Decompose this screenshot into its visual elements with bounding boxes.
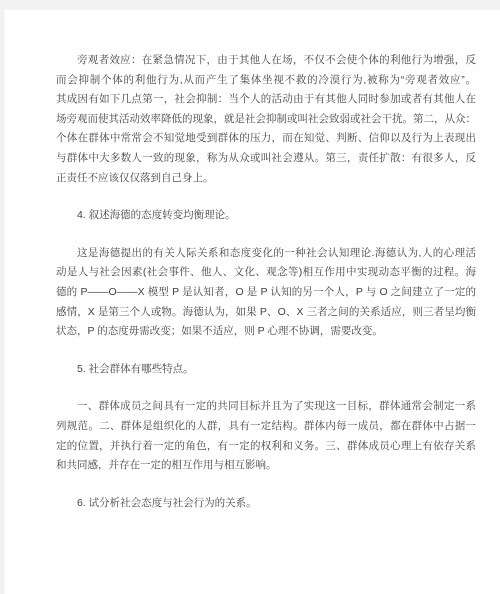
paragraph-bystander-effect: 旁观者效应：在紧急情况下，由于其他人在场，不仅不会使个体的利他行为增强，反 而会… [56,51,476,188]
question-heading-6: 6. 试分析社会态度与社会行为的关系。 [56,494,476,514]
text-line: 旁观者效应：在紧急情况下，由于其他人在场，不仅不会使个体的利他行为增强，反 [56,51,476,71]
text-line: 动是人与社会因素(社会事件、他人、文化、观念等)相互作用中实现动态平衡的过程。海 [56,263,476,283]
background-strip-top [0,0,500,9]
text-line: 场旁观而使其活动效率降低的现象，就是社会抑制或叫社会致弱或社会干扰。第二，从众： [56,110,476,130]
paragraph-heider-balance-theory: 这是海德提出的有关人际关系和态度变化的一种社会认知理论.海德认为,人的心理活 动… [56,244,476,342]
text-line: 一、群体成员之间具有一定的共同目标并且为了实现这一目标，群体通常会制定一系 [56,397,476,417]
text-line: 这是海德提出的有关人际关系和态度变化的一种社会认知理论.海德认为,人的心理活 [56,244,476,264]
text-line: 其成因有如下几点第一，社会抑制：当个人的活动由于有其他人同时参加或者有其他人在 [56,90,476,110]
text-line: 状态，P 的态度毋需改变；如果不适应，则 P 心理不协调，需要改变。 [56,322,476,342]
text-line: 德的 P——O——X 模型 P 是认知者，O 是 P 认知的另一个人，P 与 O… [56,283,476,303]
question-heading-4: 4. 叙述海德的态度转变均衡理论。 [56,206,476,226]
text-line: 和共同感，并存在一定的相互作用与相互影响。 [56,456,476,476]
document-page: 旁观者效应：在紧急情况下，由于其他人在场，不仅不会使个体的利他行为增强，反 而会… [4,9,500,594]
text-line: 而会抑制个体的利他行为,从而产生了集体坐视不救的冷漠行为,被称为“旁观者效应”。 [56,71,476,91]
paragraph-social-group-features: 一、群体成员之间具有一定的共同目标并且为了实现这一目标，群体通常会制定一系 列规… [56,397,476,475]
text-line: 个体在群体中常常会不知觉地受到群体的压力，而在知觉、判断、信仰以及行为上表现出 [56,129,476,149]
text-line: 正责任不应该仅仅落到自己身上。 [56,169,476,189]
text-line: 定的位置，并执行着一定的角色，有一定的权利和义务。三、群体成员心理上有依存关系 [56,437,476,457]
text-line: 与群体中大多数人一致的现象，称为从众或叫社会遵从。第三，责任扩散：有很多人，反 [56,149,476,169]
text-line: 感情，X 是第三个人或物。海德认为，如果 P、O、X 三者之间的关系适应，则三者… [56,303,476,323]
text-line: 列规范。二、群体是组织化的人群，具有一定结构。群体内每一成员，都在群体中占据一 [56,417,476,437]
document-content: 旁观者效应：在紧急情况下，由于其他人在场，不仅不会使个体的利他行为增强，反 而会… [56,51,476,531]
question-heading-5: 5. 社会群体有哪些特点。 [56,360,476,380]
